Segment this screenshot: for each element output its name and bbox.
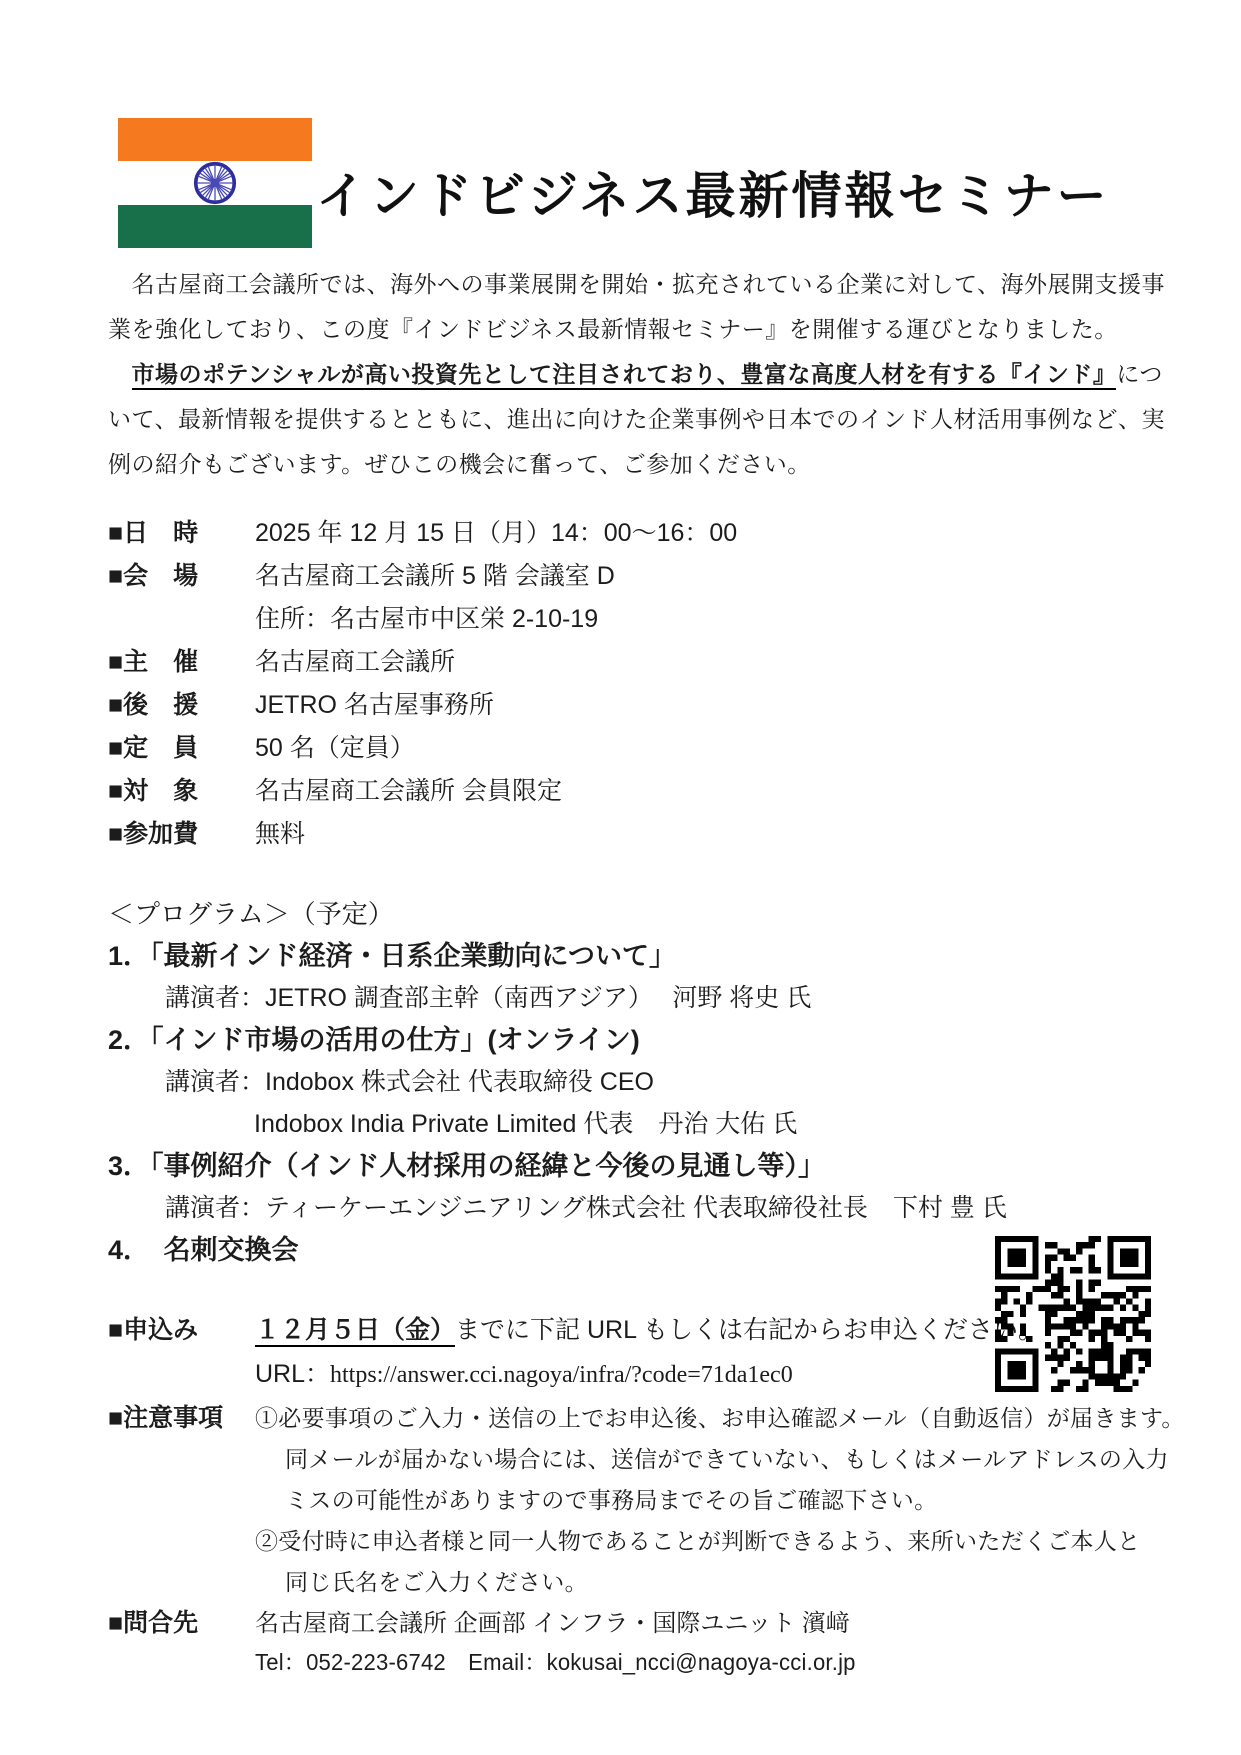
flag-saffron-band <box>118 118 312 161</box>
note-line: 同じ氏名をご入力ください。 <box>255 1562 1185 1603</box>
program-heading: ＜プログラム＞（予定） <box>108 893 1168 935</box>
program-item-1-speaker: 講演者：JETRO 調査部主幹（南西アジア） 河野 将史 氏 <box>108 977 1168 1019</box>
detail-label: ■後 援 <box>108 684 255 727</box>
program-item-3-speaker: 講演者：ティーケーエンジニアリング株式会社 代表取締役社長 下村 豊 氏 <box>108 1187 1168 1229</box>
contact-tel-email: Tel：052-223-6742 Email：kokusai_ncci@nago… <box>255 1643 856 1682</box>
intro-paragraphs: 名古屋商工会議所では、海外への事業展開を開始・拡充されている企業に対して、海外展… <box>108 262 1168 487</box>
intro-line: 業を強化しており、この度『インドビジネス最新情報セミナー』を開催する運びとなりま… <box>108 307 1168 352</box>
seminar-flyer-page: インドビジネス最新情報セミナー 名古屋商工会議所では、海外への事業展開を開始・拡… <box>0 0 1241 1755</box>
intro-line: 例の紹介もございます。ぜひこの機会に奮って、ご参加ください。 <box>108 442 1168 487</box>
apply-deadline: １２月５日（金） <box>255 1316 455 1347</box>
intro-line-emphasis: 市場のポテンシャルが高い投資先として注目されており、豊富な高度人材を有する『イン… <box>108 352 1168 397</box>
page-title: インドビジネス最新情報セミナー <box>316 156 1110 228</box>
apply-deadline-line: １２月５日（金）までに下記 URL もしくは右記からお申込ください。 <box>255 1308 1043 1352</box>
detail-label: ■会 場 <box>108 555 255 598</box>
detail-row-support: ■後 援 JETRO 名古屋事務所 <box>108 684 1168 727</box>
venue-name: 名古屋商工会議所 5 階 会議室 D <box>255 555 615 598</box>
event-details-list: ■日 時 2025 年 12 月 15 日（月）14：00～16：00 ■会 場… <box>108 512 1168 856</box>
contact-unit: 名古屋商工会議所 企画部 インフラ・国際ユニット 濱﨑 <box>255 1604 881 1643</box>
apply-url-line: URL：https://answer.cci.nagoya/infra/?cod… <box>255 1352 1043 1397</box>
intro-line: いて、最新情報を提供するとともに、進出に向けた企業事例や日本でのインド人材活用事… <box>108 397 1168 442</box>
detail-value: 50 名（定員） <box>255 727 415 770</box>
detail-row-audience: ■対 象 名古屋商工会議所 会員限定 <box>108 770 1168 813</box>
detail-label: ■日 時 <box>108 512 255 555</box>
flag-green-band <box>118 205 312 248</box>
detail-label: ■主 催 <box>108 641 255 684</box>
application-qr-code <box>995 1235 1151 1393</box>
detail-label: ■定 員 <box>108 727 255 770</box>
notes-section: ■注意事項 ①必要事項のご入力・送信の上でお申込後、お申込確認メール（自動返信）… <box>108 1398 1168 1603</box>
detail-row-datetime: ■日 時 2025 年 12 月 15 日（月）14：00～16：00 <box>108 512 1168 555</box>
contact-section: ■問合先 名古屋商工会議所 企画部 インフラ・国際ユニット 濱﨑 Tel：052… <box>108 1604 1168 1682</box>
detail-row-organizer: ■主 催 名古屋商工会議所 <box>108 641 1168 684</box>
program-section: ＜プログラム＞（予定） 1．「最新インド経済・日系企業動向について」 講演者：J… <box>108 893 1168 1271</box>
detail-label: ■対 象 <box>108 770 255 813</box>
detail-row-fee: ■参加費 無料 <box>108 813 1168 856</box>
detail-label: ■参加費 <box>108 813 255 856</box>
program-item-2-speaker: 講演者：Indobox 株式会社 代表取締役 CEO <box>108 1061 1168 1103</box>
note-line: ②受付時に申込者様と同一人物であることが判断できるよう、来所いただくご本人と <box>255 1521 1185 1562</box>
detail-value: 無料 <box>255 813 305 856</box>
note-line: ミスの可能性がありますので事務局までその旨ご確認下さい。 <box>255 1480 1185 1521</box>
notes-label: ■注意事項 <box>108 1398 255 1603</box>
program-item-3-title: 3．「事例紹介（インド人材採用の経緯と今後の見通し等）」 <box>108 1145 1168 1187</box>
notes-content: ①必要事項のご入力・送信の上でお申込後、お申込確認メール（自動返信）が届きます。… <box>255 1398 1185 1603</box>
detail-value: 2025 年 12 月 15 日（月）14：00～16：00 <box>255 512 737 555</box>
note-line: ①必要事項のご入力・送信の上でお申込後、お申込確認メール（自動返信）が届きます。 <box>255 1398 1185 1439</box>
detail-value: 名古屋商工会議所 <box>255 641 455 684</box>
ashoka-chakra-icon <box>193 161 237 205</box>
note-line: 同メールが届かない場合には、送信ができていない、もしくはメールアドレスの入力 <box>255 1439 1185 1480</box>
india-flag-image <box>118 118 312 248</box>
application-url: https://answer.cci.nagoya/infra/?code=71… <box>330 1362 793 1388</box>
contact-content: 名古屋商工会議所 企画部 インフラ・国際ユニット 濱﨑 Tel：052-223-… <box>255 1604 881 1682</box>
apply-content: １２月５日（金）までに下記 URL もしくは右記からお申込ください。 URL：h… <box>255 1308 1043 1397</box>
url-label: URL： <box>255 1360 330 1388</box>
emphasis-underline-text: 市場のポテンシャルが高い投資先として注目されており、豊富な高度人材を有する『イン… <box>132 361 1117 390</box>
detail-value: JETRO 名古屋事務所 <box>255 684 494 727</box>
flag-white-band <box>118 161 312 204</box>
detail-value: 名古屋商工会議所 5 階 会議室 D 住所：名古屋市中区栄 2-10-19 <box>255 555 615 641</box>
detail-row-venue: ■会 場 名古屋商工会議所 5 階 会議室 D 住所：名古屋市中区栄 2-10-… <box>108 555 1168 641</box>
program-item-2-speaker-2: Indobox India Private Limited 代表 丹治 大佑 氏 <box>108 1103 1168 1145</box>
intro-line: 名古屋商工会議所では、海外への事業展開を開始・拡充されている企業に対して、海外展… <box>108 262 1168 307</box>
apply-label: ■申込み <box>108 1308 255 1352</box>
program-item-1-title: 1．「最新インド経済・日系企業動向について」 <box>108 935 1168 977</box>
venue-address: 住所：名古屋市中区栄 2-10-19 <box>255 598 615 641</box>
detail-row-capacity: ■定 員 50 名（定員） <box>108 727 1168 770</box>
program-item-2-title: 2．「インド市場の活用の仕方」(オンライン) <box>108 1019 1168 1061</box>
contact-label: ■問合先 <box>108 1604 255 1682</box>
detail-value: 名古屋商工会議所 会員限定 <box>255 770 562 813</box>
